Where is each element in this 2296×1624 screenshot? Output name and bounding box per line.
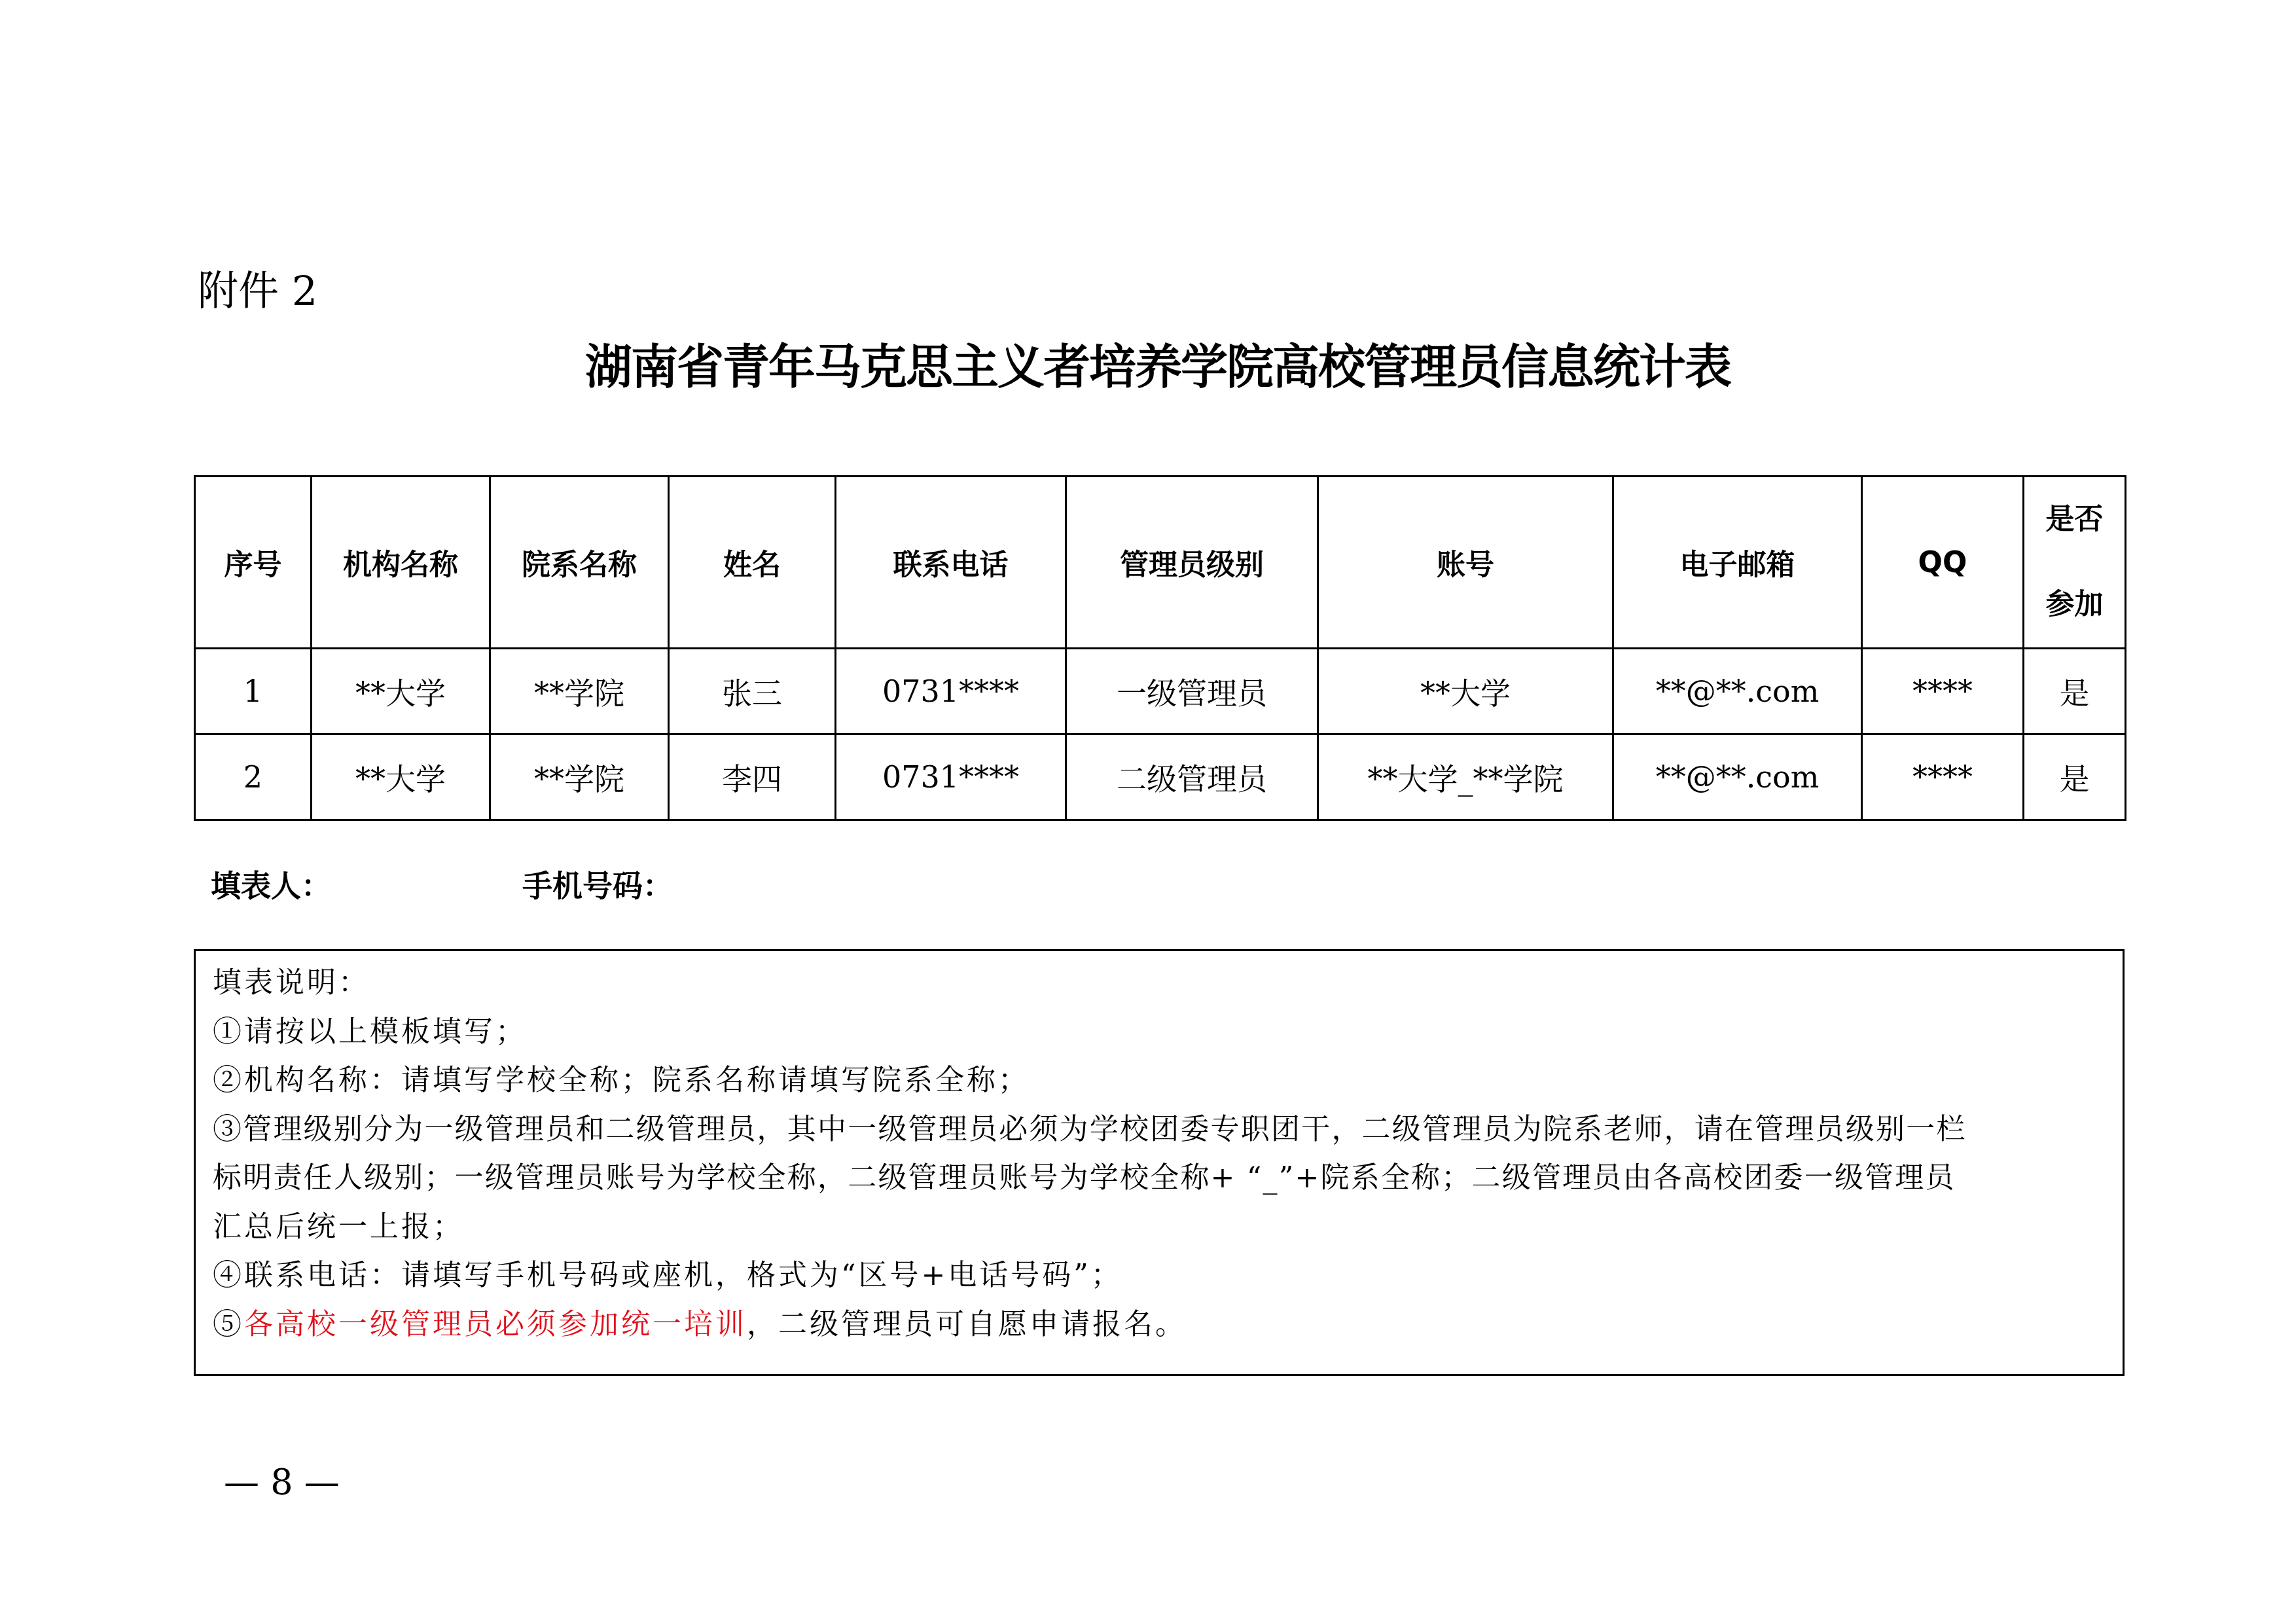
cell-account: **大学 bbox=[1318, 649, 1613, 734]
table-row: 2 **大学 **学院 李四 0731**** 二级管理员 **大学_**学院 … bbox=[195, 734, 2126, 820]
cell-index: 1 bbox=[195, 649, 312, 734]
mobile-number-label: 手机号码： bbox=[522, 863, 673, 909]
instruction-item-5-rest: ，二级管理员可自愿申请报名。 bbox=[747, 1308, 1187, 1341]
instruction-item-3-line-2: 标明责任人级别；一级管理员账号为学校全称，二级管理员账号为学校全称+ “_”+院… bbox=[213, 1154, 2123, 1203]
document-title: 湖南省青年马克思主义者培养学院高校管理员信息统计表 bbox=[0, 334, 2296, 399]
cell-institution: **大学 bbox=[312, 649, 490, 734]
cell-admin-level: 一级管理员 bbox=[1066, 649, 1318, 734]
column-header-attend-line1: 是否 bbox=[2024, 477, 2125, 562]
cell-department: **学院 bbox=[490, 734, 669, 820]
cell-phone: 0731**** bbox=[836, 734, 1066, 820]
page-number: — 8 — bbox=[224, 1460, 340, 1506]
column-header-department: 院系名称 bbox=[490, 477, 669, 649]
cell-name: 李四 bbox=[669, 734, 836, 820]
instruction-item-4: ④联系电话：请填写手机号码或座机，格式为“区号+电话号码”； bbox=[213, 1252, 2123, 1301]
column-header-index: 序号 bbox=[195, 477, 312, 649]
table-row: 1 **大学 **学院 张三 0731**** 一级管理员 **大学 **@**… bbox=[195, 649, 2126, 734]
column-header-email: 电子邮箱 bbox=[1613, 477, 1862, 649]
cell-admin-level: 二级管理员 bbox=[1066, 734, 1318, 820]
cell-department: **学院 bbox=[490, 649, 669, 734]
filler-label: 填表人： bbox=[211, 863, 331, 909]
instruction-item-2: ②机构名称：请填写学校全称；院系名称请填写院系全称； bbox=[213, 1056, 2123, 1106]
column-header-name: 姓名 bbox=[669, 477, 836, 649]
instruction-item-1: ①请按以上模板填写； bbox=[213, 1008, 2123, 1057]
cell-phone: 0731**** bbox=[836, 649, 1066, 734]
cell-account: **大学_**学院 bbox=[1318, 734, 1613, 820]
column-header-attend: 是否 参加 bbox=[2024, 477, 2126, 649]
column-header-phone: 联系电话 bbox=[836, 477, 1066, 649]
table-header-row: 序号 机构名称 院系名称 姓名 联系电话 管理员级别 账号 电子邮箱 QQ 是否… bbox=[195, 477, 2126, 649]
column-header-institution: 机构名称 bbox=[312, 477, 490, 649]
column-header-admin-level: 管理员级别 bbox=[1066, 477, 1318, 649]
instructions-box: 填表说明： ①请按以上模板填写； ②机构名称：请填写学校全称；院系名称请填写院系… bbox=[194, 949, 2125, 1376]
cell-qq: **** bbox=[1862, 734, 2024, 820]
instructions-heading: 填表说明： bbox=[213, 959, 2123, 1008]
column-header-account: 账号 bbox=[1318, 477, 1613, 649]
cell-name: 张三 bbox=[669, 649, 836, 734]
admin-info-table: 序号 机构名称 院系名称 姓名 联系电话 管理员级别 账号 电子邮箱 QQ 是否… bbox=[194, 475, 2126, 821]
attachment-label: 附件 2 bbox=[198, 265, 317, 317]
column-header-attend-line2: 参加 bbox=[2024, 562, 2125, 647]
cell-email: **@**.com bbox=[1613, 734, 1862, 820]
instruction-item-3-line-1: ③管理级别分为一级管理员和二级管理员，其中一级管理员必须为学校团委专职团干，二级… bbox=[213, 1106, 2123, 1155]
instruction-item-5-highlight: 各高校一级管理员必须参加统一培训 bbox=[244, 1308, 747, 1341]
cell-index: 2 bbox=[195, 734, 312, 820]
instruction-item-3-line-3: 汇总后统一上报； bbox=[213, 1203, 2123, 1252]
cell-qq: **** bbox=[1862, 649, 2024, 734]
cell-institution: **大学 bbox=[312, 734, 490, 820]
cell-attend: 是 bbox=[2024, 649, 2126, 734]
instruction-item-5: ⑤各高校一级管理员必须参加统一培训，二级管理员可自愿申请报名。 bbox=[213, 1301, 2123, 1350]
instruction-item-5-number: ⑤ bbox=[213, 1308, 244, 1341]
column-header-qq: QQ bbox=[1862, 477, 2024, 649]
cell-email: **@**.com bbox=[1613, 649, 1862, 734]
cell-attend: 是 bbox=[2024, 734, 2126, 820]
